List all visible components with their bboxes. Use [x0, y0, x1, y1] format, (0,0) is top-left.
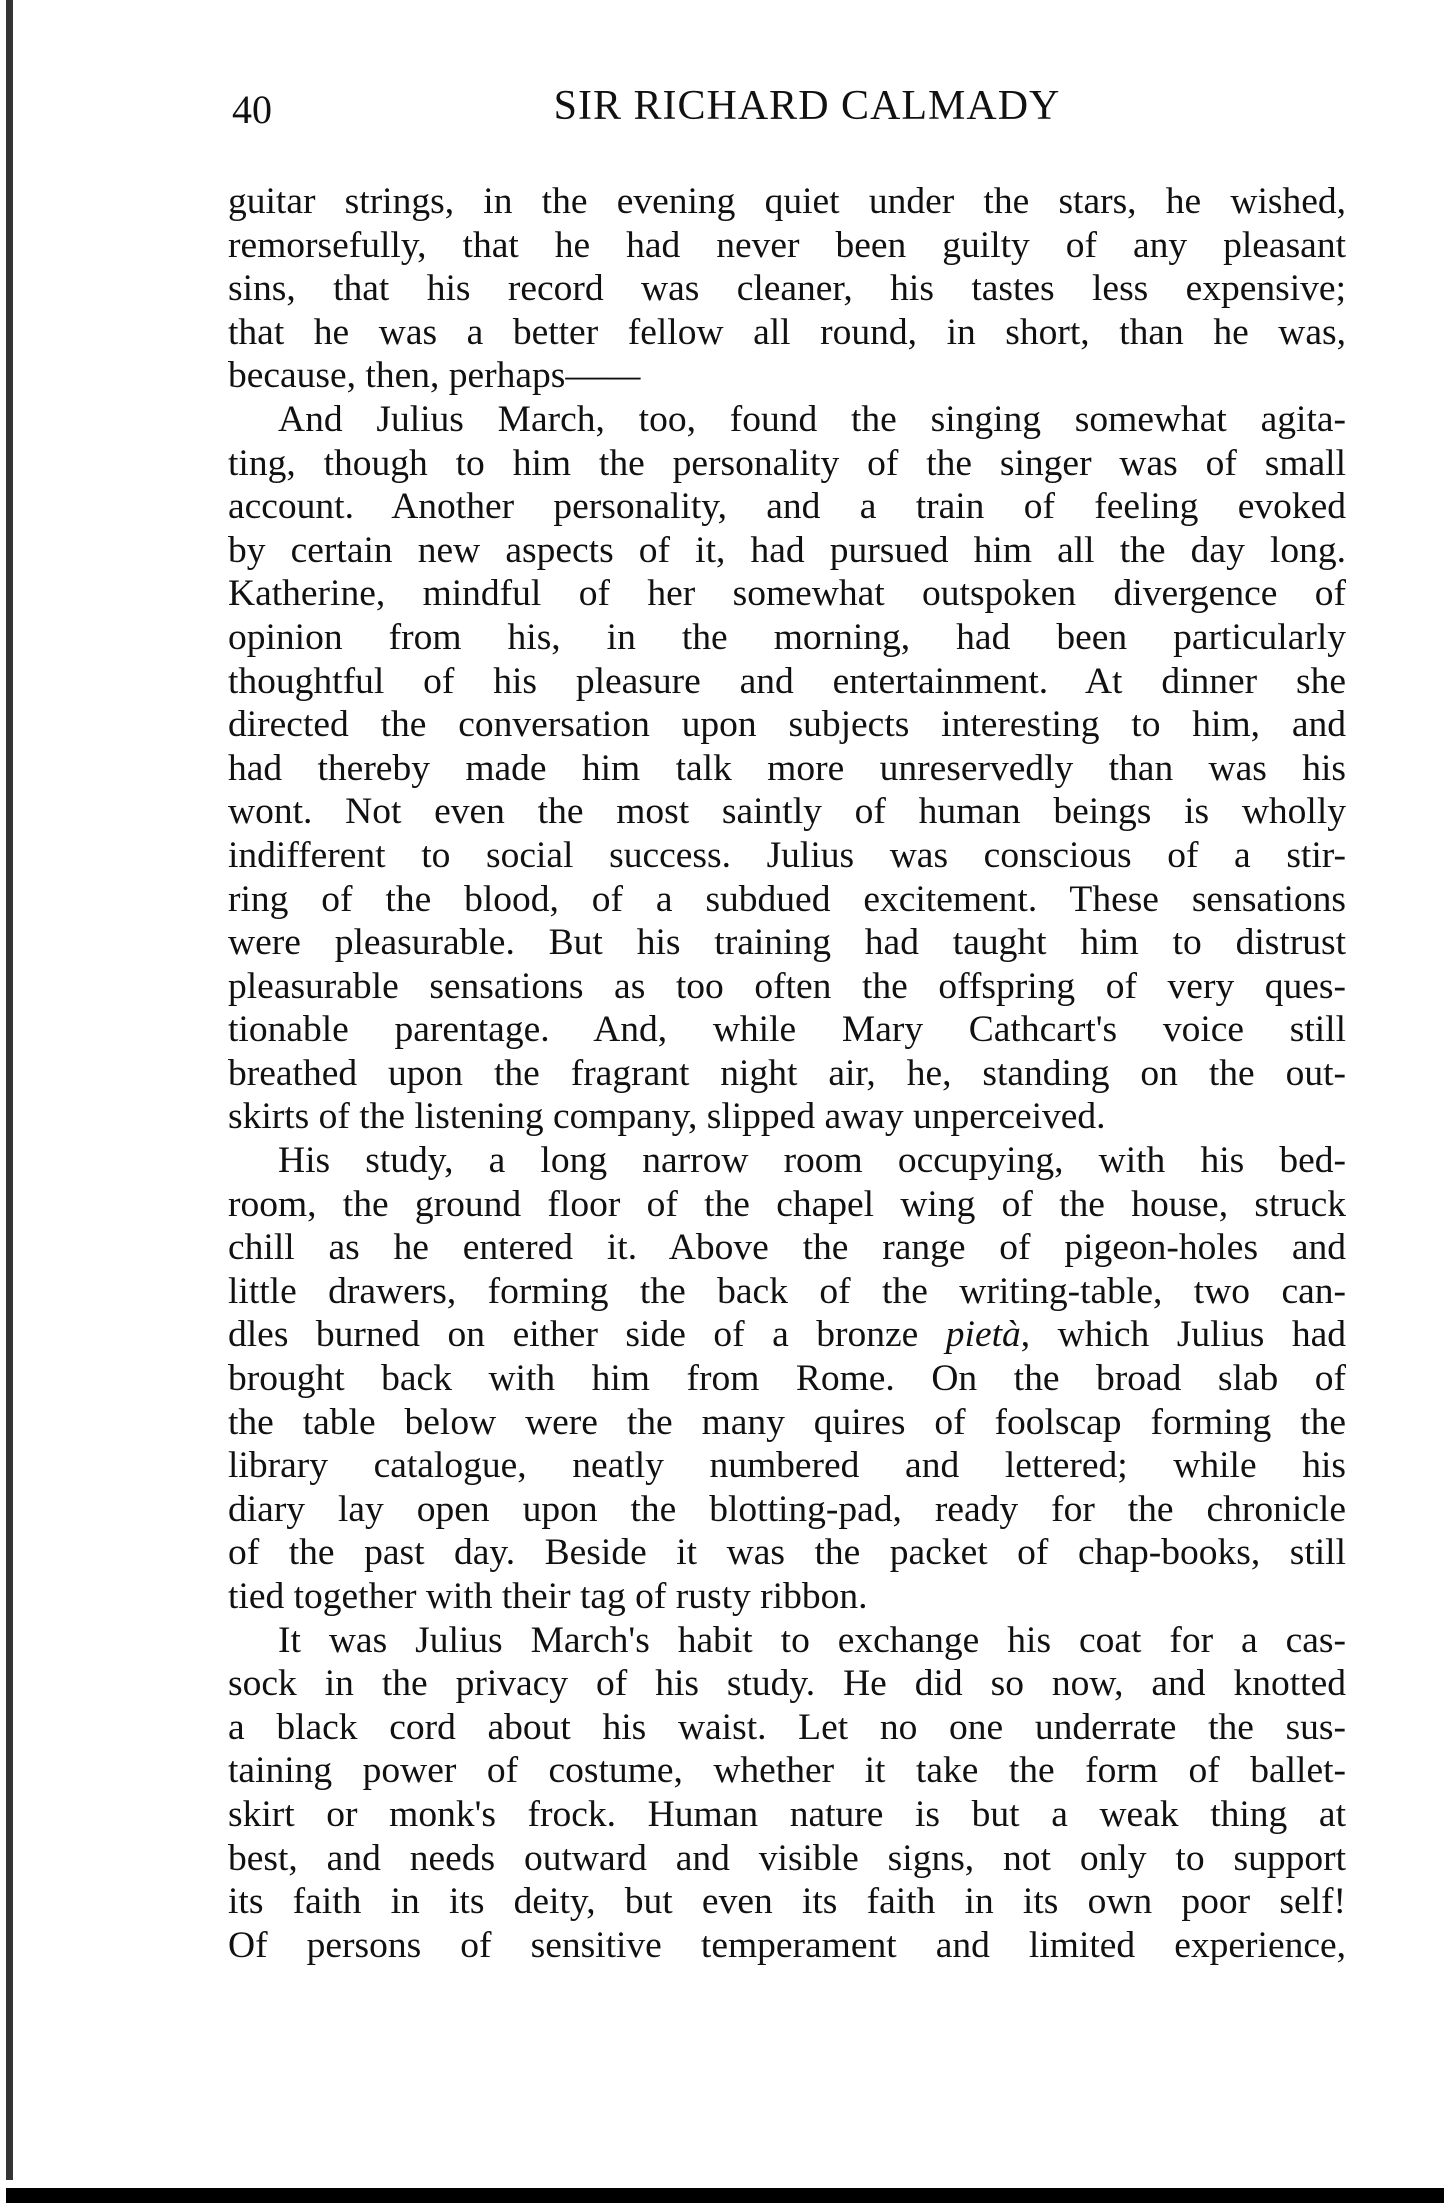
- text-segment: , which Julius had: [1021, 1314, 1346, 1355]
- text-segment: dles burned on either side of a bronze: [228, 1314, 946, 1355]
- text-line: And Julius March, too, found the singing…: [228, 398, 1346, 442]
- text-line: library catalogue, neatly numbered and l…: [228, 1444, 1346, 1488]
- text-line: His study, a long narrow room occupying,…: [228, 1139, 1346, 1183]
- text-line: a black cord about his waist. Let no one…: [228, 1706, 1346, 1750]
- page-binding-edge: [6, 0, 13, 2180]
- italic-word: pietà: [946, 1314, 1021, 1355]
- text-line: by certain new aspects of it, had pursue…: [228, 529, 1346, 573]
- text-line: taining power of costume, whether it tak…: [228, 1749, 1346, 1793]
- text-line: diary lay open upon the blotting-pad, re…: [228, 1488, 1346, 1532]
- text-line: had thereby made him talk more unreserve…: [228, 747, 1346, 791]
- text-line: dles burned on either side of a bronze p…: [228, 1313, 1346, 1357]
- text-line: ting, though to him the personality of t…: [228, 442, 1346, 486]
- text-line: sock in the privacy of his study. He did…: [228, 1662, 1346, 1706]
- text-line: were pleasurable. But his training had t…: [228, 921, 1346, 965]
- book-page: 40 SIR RICHARD CALMADY guitar strings, i…: [0, 0, 1444, 2203]
- text-line: guitar strings, in the evening quiet und…: [228, 180, 1346, 224]
- text-line: brought back with him from Rome. On the …: [228, 1357, 1346, 1401]
- running-title: SIR RICHARD CALMADY: [232, 82, 1342, 130]
- text-line: little drawers, forming the back of the …: [228, 1270, 1346, 1314]
- text-line: remorsefully, that he had never been gui…: [228, 224, 1346, 268]
- text-line: chill as he entered it. Above the range …: [228, 1226, 1346, 1270]
- text-line: skirts of the listening company, slipped…: [228, 1095, 1346, 1139]
- text-line: the table below were the many quires of …: [228, 1401, 1346, 1445]
- text-line: sins, that his record was cleaner, his t…: [228, 267, 1346, 311]
- text-line: of the past day. Beside it was the packe…: [228, 1531, 1346, 1575]
- text-line: best, and needs outward and visible sign…: [228, 1837, 1346, 1881]
- text-line: tionable parentage. And, while Mary Cath…: [228, 1008, 1346, 1052]
- text-line: tied together with their tag of rusty ri…: [228, 1575, 1346, 1619]
- page-bottom-edge: [6, 2188, 1444, 2203]
- text-line: thoughtful of his pleasure and entertain…: [228, 660, 1346, 704]
- text-line: breathed upon the fragrant night air, he…: [228, 1052, 1346, 1096]
- text-line: pleasurable sensations as too often the …: [228, 965, 1346, 1009]
- text-line: its faith in its deity, but even its fai…: [228, 1880, 1346, 1924]
- text-line: wont. Not even the most saintly of human…: [228, 790, 1346, 834]
- text-line: because, then, perhaps——: [228, 354, 1346, 398]
- text-line: Katherine, mindful of her somewhat outsp…: [228, 572, 1346, 616]
- text-line: account. Another personality, and a trai…: [228, 485, 1346, 529]
- text-line: skirt or monk's frock. Human nature is b…: [228, 1793, 1346, 1837]
- text-line: room, the ground floor of the chapel win…: [228, 1183, 1346, 1227]
- text-line: It was Julius March's habit to exchange …: [228, 1619, 1346, 1663]
- text-line: opinion from his, in the morning, had be…: [228, 616, 1346, 660]
- text-line: ring of the blood, of a subdued exciteme…: [228, 878, 1346, 922]
- page-header: 40 SIR RICHARD CALMADY: [232, 82, 1342, 142]
- body-text: guitar strings, in the evening quiet und…: [228, 180, 1346, 1967]
- text-line: Of persons of sensitive temperament and …: [228, 1924, 1346, 1968]
- text-line: indifferent to social success. Julius wa…: [228, 834, 1346, 878]
- text-line: directed the conversation upon subjects …: [228, 703, 1346, 747]
- text-line: that he was a better fellow all round, i…: [228, 311, 1346, 355]
